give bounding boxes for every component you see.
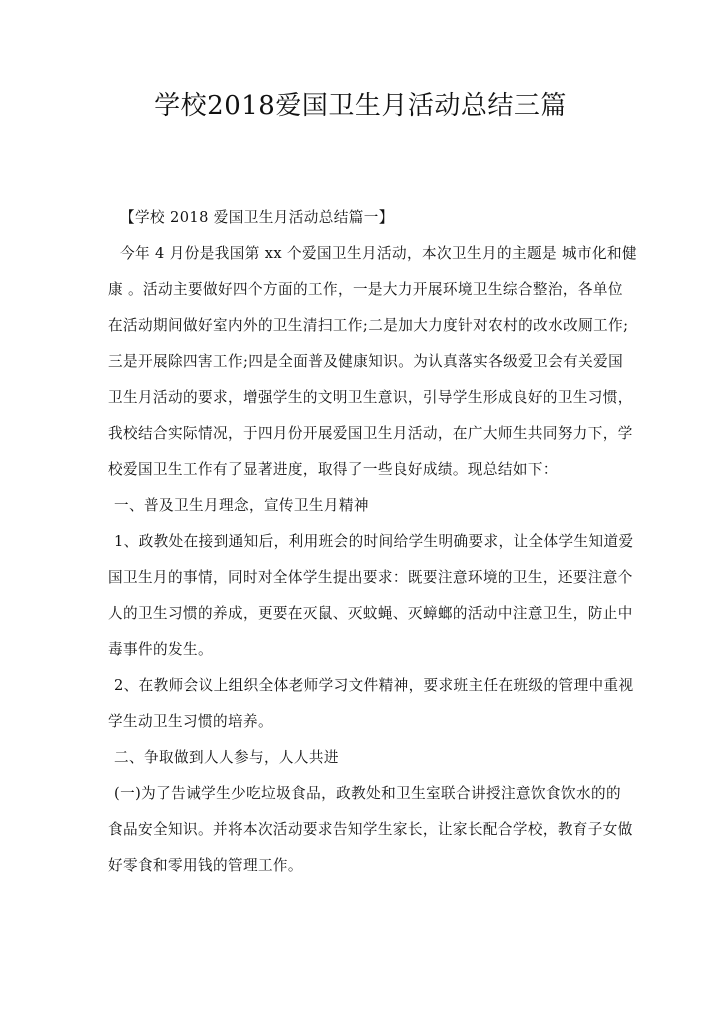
document-body: 【学校 2018 爱国卫生月活动总结篇一】 今年 4 月份是我国第 xx 个爱国… <box>108 200 618 884</box>
section-heading: 【学校 2018 爱国卫生月活动总结篇一】 <box>108 200 618 236</box>
subheading: 二、争取做到人人参与，人人共进 <box>108 740 618 776</box>
paragraph-line: 毒事件的发生。 <box>108 632 618 668</box>
paragraph-line: 国卫生月的事情，同时对全体学生提出要求：既要注意环境的卫生，还要注意个 <box>108 560 618 596</box>
paragraph-line: 在活动期间做好室内外的卫生清扫工作;二是加大力度针对农村的改水改厕工作; <box>108 308 618 344</box>
subheading: 一、普及卫生月理念，宣传卫生月精神 <box>108 488 618 524</box>
paragraph-line: 食品安全知识。并将本次活动要求告知学生家长，让家长配合学校，教育子女做 <box>108 812 618 848</box>
paragraph-line: 人的卫生习惯的养成，更要在灭鼠、灭蚊蝇、灭蟑螂的活动中注意卫生，防止中 <box>108 596 618 632</box>
paragraph-line: 康 。活动主要做好四个方面的工作，一是大力开展环境卫生综合整治，各单位 <box>108 272 618 308</box>
paragraph-line: 今年 4 月份是我国第 xx 个爱国卫生月活动，本次卫生月的主题是 城市化和健 <box>108 236 618 272</box>
paragraph-line: 好零食和零用钱的管理工作。 <box>108 848 618 884</box>
paragraph-line: (一)为了告诫学生少吃垃圾食品，政教处和卫生室联合讲授注意饮食饮水的的 <box>108 776 618 812</box>
paragraph-line: 卫生月活动的要求，增强学生的文明卫生意识，引导学生形成良好的卫生习惯， <box>108 380 618 416</box>
paragraph-line: 我校结合实际情况，于四月份开展爱国卫生月活动，在广大师生共同努力下，学 <box>108 416 618 452</box>
paragraph-line: 学生动卫生习惯的培养。 <box>108 704 618 740</box>
paragraph-line: 三是开展除四害工作;四是全面普及健康知识。为认真落实各级爱卫会有关爱国 <box>108 344 618 380</box>
paragraph-line: 校爱国卫生工作有了显著进度，取得了一些良好成绩。现总结如下： <box>108 452 618 488</box>
document-title: 学校2018爱国卫生月活动总结三篇 <box>0 86 721 126</box>
paragraph-line: 1、政教处在接到通知后，利用班会的时间给学生明确要求，让全体学生知道爱 <box>108 524 618 560</box>
paragraph-line: 2、在教师会议上组织全体老师学习文件精神，要求班主任在班级的管理中重视 <box>108 668 618 704</box>
